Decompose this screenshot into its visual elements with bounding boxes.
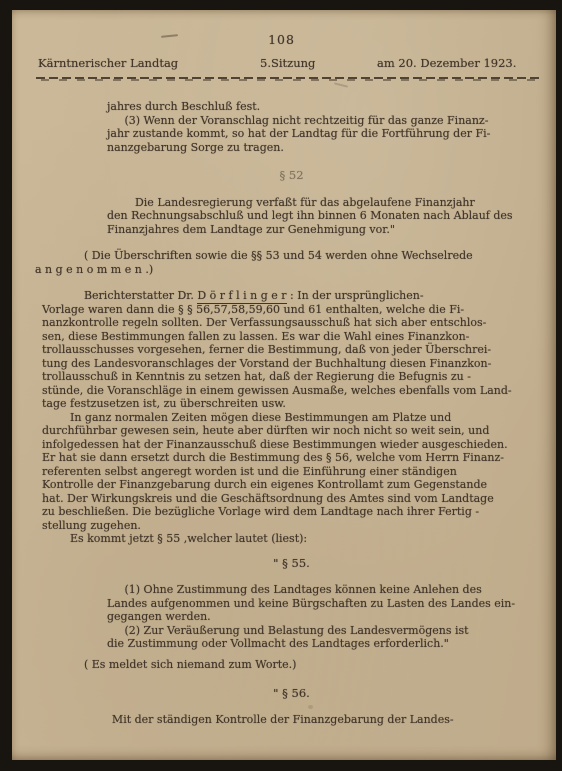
para-s51-end: jahres durch Beschluß fest. (3) Wenn der… <box>107 100 548 154</box>
text-line: durchführbar gewesen sein, heute aber dü… <box>42 424 548 438</box>
text-line: In ganz normalen Zeiten mögen diese Best… <box>42 411 548 425</box>
text-line: ( Die Überschriften sowie die §§ 53 und … <box>35 249 548 263</box>
text-line: Er hat sie dann ersetzt durch die Bestim… <box>42 451 548 465</box>
text-line: tage festzusetzen ist, zu überschreiten … <box>42 397 548 411</box>
para-s56-start: Mit der ständigen Kontrolle der Finanzge… <box>42 713 548 727</box>
text-line: (2) Zur Veräußerung und Belastung des La… <box>107 624 548 638</box>
page-header: Kärntnerischer Landtag 5.Sitzung am 20. … <box>35 56 548 70</box>
text-line: stünde, die Voranschläge in einem gewiss… <box>42 384 548 398</box>
text-line: referenten selbst angeregt worden ist un… <box>42 465 548 479</box>
text-line: § 52 <box>35 169 548 183</box>
text-line: den Rechnungsabschluß und legt ihn binne… <box>107 209 548 223</box>
underlined-name: D ö r f l i n g e r <box>197 289 286 304</box>
heading-s56: " § 56. <box>35 687 548 701</box>
page-number: 108 <box>25 32 538 47</box>
text-line: nanzkontrolle regeln sollten. Der Verfas… <box>42 316 548 330</box>
text-line: zu beschließen. Die bezügliche Vorlage w… <box>42 505 548 519</box>
text-line: ( Es meldet sich niemand zum Worte.) <box>35 658 548 672</box>
text-line: Die Landesregierung verfaßt für das abge… <box>107 196 548 210</box>
para-s55-text: (1) Ohne Zustimmung des Landtages können… <box>107 583 548 651</box>
text-line: sen, diese Bestimmungen fallen zu lassen… <box>42 330 548 344</box>
smudge-mark <box>334 82 348 87</box>
text-line: jahres durch Beschluß fest. <box>107 100 548 114</box>
text-line: Es kommt jetzt § 55 ,welcher lautet (lie… <box>42 532 548 546</box>
header-session-number: 5.Sitzung <box>260 56 315 70</box>
scan-background: { "appearance": { "paper_color": "#c8b59… <box>0 0 562 771</box>
text-line: trollausschusses vorgesehen, ferner die … <box>42 343 548 357</box>
heading-s55: " § 55. <box>35 557 548 571</box>
text-line: trollausschuß in Kenntnis zu setzen hat,… <box>42 370 548 384</box>
header-date: am 20. Dezember 1923. <box>377 56 516 70</box>
text-line: Mit der ständigen Kontrolle der Finanzge… <box>42 713 548 727</box>
text-line: Berichterstatter Dr. D ö r f l i n g e r… <box>42 289 548 303</box>
smudge-mark <box>308 705 313 709</box>
note-adoption: ( Die Überschriften sowie die §§ 53 und … <box>35 249 548 276</box>
text-line: gegangen werden. <box>107 610 548 624</box>
header-divider <box>36 77 540 81</box>
text-line: die Zustimmung oder Vollmacht des Landta… <box>107 637 548 651</box>
text-line: stellung zugehen. <box>42 519 548 533</box>
text-line: Finanzjahres dem Landtage zur Genehmigun… <box>107 223 548 237</box>
text-line: infolgedessen hat der Finanzausschuß die… <box>42 438 548 452</box>
text-line: a n g e n o m m e n .) <box>35 263 548 277</box>
text-line: nanzgebarung Sorge zu tragen. <box>107 141 548 155</box>
text-line: " § 56. <box>35 687 548 701</box>
text-line: Landes aufgenommen und keine Bürgschafte… <box>107 597 548 611</box>
heading-s52: § 52 <box>35 169 548 183</box>
header-assembly-name: Kärntnerischer Landtag <box>38 56 178 70</box>
text-line: (1) Ohne Zustimmung des Landtages können… <box>107 583 548 597</box>
speech-doerflinger: Berichterstatter Dr. D ö r f l i n g e r… <box>42 289 548 546</box>
text-line: hat. Der Wirkungskreis und die Geschäfts… <box>42 492 548 506</box>
text-line: jahr zustande kommt, so hat der Landtag … <box>107 127 548 141</box>
para-s52-text: Die Landesregierung verfaßt für das abge… <box>107 196 548 237</box>
note-no-speakers: ( Es meldet sich niemand zum Worte.) <box>35 658 548 672</box>
text-line: " § 55. <box>35 557 548 571</box>
text-line: (3) Wenn der Voranschlag nicht rechtzeit… <box>107 114 548 128</box>
text-line: tung des Landesvoranschlages der Vorstan… <box>42 357 548 371</box>
text-line: Vorlage waren dann die § § 56,57,58,59,6… <box>42 303 548 317</box>
document-page: 108 Kärntnerischer Landtag 5.Sitzung am … <box>12 10 556 760</box>
document-body: jahres durch Beschluß fest. (3) Wenn der… <box>35 100 548 726</box>
text-line: Kontrolle der Finanzgebarung durch ein e… <box>42 478 548 492</box>
